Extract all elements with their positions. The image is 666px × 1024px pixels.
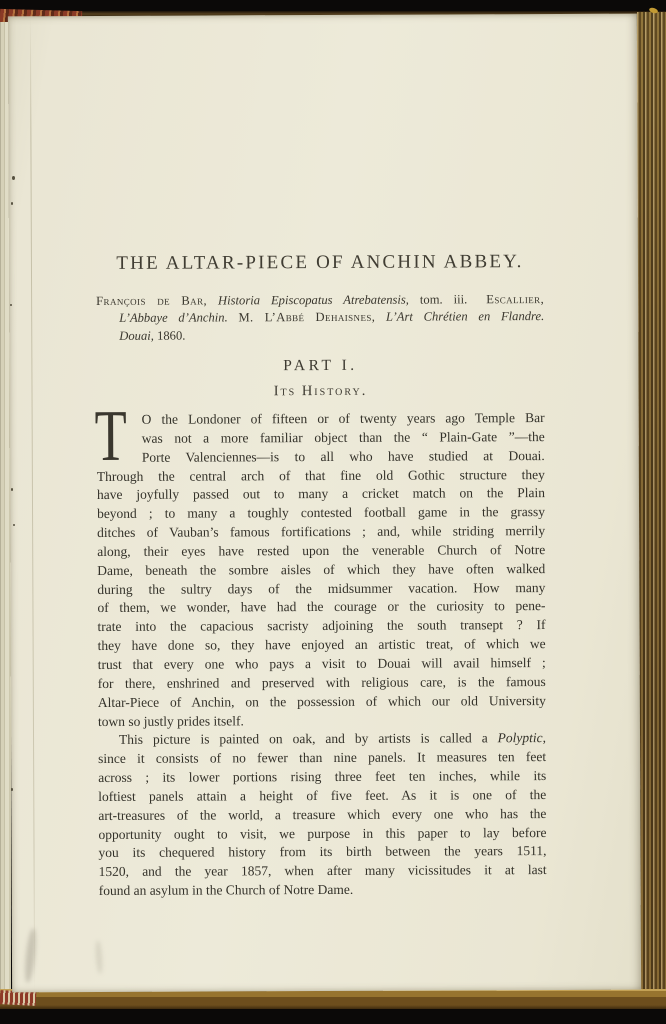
text-line: during the sultry days of the midsummer … — [97, 579, 545, 600]
part-heading: PART I. — [96, 356, 544, 376]
text-line: trust that every one who pays a visit to… — [98, 654, 546, 675]
text-line: loftiest panels attain a height of five … — [98, 786, 546, 807]
text-line: town so justly prides itself. — [98, 711, 546, 732]
text-line: across ; its lower portions rising three… — [98, 767, 546, 788]
text-line: have joyfully passed out to many a crick… — [97, 484, 545, 505]
text-line: Dame, beneath the sombre aisles of which… — [97, 560, 545, 581]
bib-work-title: L’Abbaye d’Anchin. — [119, 311, 228, 325]
text-line: you its chequered history from its birth… — [98, 842, 546, 863]
text-line: Altar-Piece of Anchin, on the possession… — [98, 692, 546, 713]
drop-cap: T — [95, 408, 127, 463]
text-line: since it consists of no fewer than nine … — [98, 748, 546, 769]
text-line: was not a more familiar object than the … — [142, 428, 545, 449]
bib-work-title: Historia Episcopatus Atrebatensis, — [218, 293, 409, 308]
ink-speck — [11, 488, 13, 491]
text-line: of them, we wonder, have had the courage… — [97, 597, 545, 618]
book-fore-edge — [637, 12, 666, 1008]
text-line: for there, enshrined and preserved with … — [98, 673, 546, 694]
bibliography-line: L’Abbaye d’Anchin. M. L’Abbé Dehaisnes, … — [96, 308, 544, 327]
bib-author: M. L’Abbé Dehaisnes, — [238, 310, 375, 325]
book-page: THE ALTAR-PIECE OF ANCHIN ABBEY. Françoi… — [8, 14, 641, 993]
text-line: beyond ; to many a toughly contested foo… — [97, 503, 545, 524]
text-line: 1520, and the year 1857, when after many… — [99, 861, 547, 882]
bib-imprint-year: 1860. — [157, 328, 185, 342]
body-text: T O the Londoner of fifteen or of twenty… — [97, 409, 547, 901]
text-line: Porte Valenciennes—is to all who have st… — [142, 447, 545, 468]
section-heading: Its History. — [96, 382, 544, 401]
ink-speck — [11, 788, 13, 791]
text-line: art-treasures of the world, a treasure w… — [98, 805, 546, 826]
scanned-book-page-photo: THE ALTAR-PIECE OF ANCHIN ABBEY. Françoi… — [0, 0, 666, 1024]
text-line: O the Londoner of fifteen or of twenty y… — [142, 409, 545, 430]
text-line: ditches of Vauban’s famous fortification… — [97, 522, 545, 543]
bibliography-line: François de Bar, Historia Episcopatus At… — [96, 291, 544, 310]
ink-speck — [13, 524, 15, 526]
bib-imprint-place: Douai, — [119, 329, 154, 343]
bib-author: François de Bar, — [96, 294, 207, 308]
bibliography: François de Bar, Historia Episcopatus At… — [96, 291, 544, 345]
bib-reference: tom. iii. — [420, 292, 467, 306]
text-segment: This picture is painted on oak, and by a… — [119, 731, 498, 748]
text-line: This picture is painted on oak, and by a… — [98, 729, 546, 750]
book-cover-bottom-edge — [0, 989, 666, 1009]
page-title: THE ALTAR-PIECE OF ANCHIN ABBEY. — [96, 251, 544, 275]
text-line: along, their eyes have rested upon the v… — [97, 541, 545, 562]
text-segment-italic: Polyptic, — [498, 730, 546, 745]
ink-speck — [10, 304, 12, 306]
book-tailband — [0, 990, 36, 1006]
text-line: Through the central arch of that fine ol… — [97, 466, 545, 487]
page-crease — [30, 16, 35, 992]
text-line: found an asylum in the Church of Notre D… — [99, 880, 547, 901]
text-line: opportunity ought to visit, we purpose i… — [98, 824, 546, 845]
text-line: they have done so, they have enjoyed an … — [98, 635, 546, 656]
ink-speck — [11, 202, 13, 205]
bib-work-title: L’Art Chrétien en Flandre. — [386, 309, 544, 324]
bibliography-line: Douai, 1860. — [96, 326, 544, 345]
bib-author: Escallier, — [486, 292, 544, 306]
ink-speck — [12, 176, 15, 180]
text-line: trate into the capacious sacristy adjoin… — [98, 616, 546, 637]
